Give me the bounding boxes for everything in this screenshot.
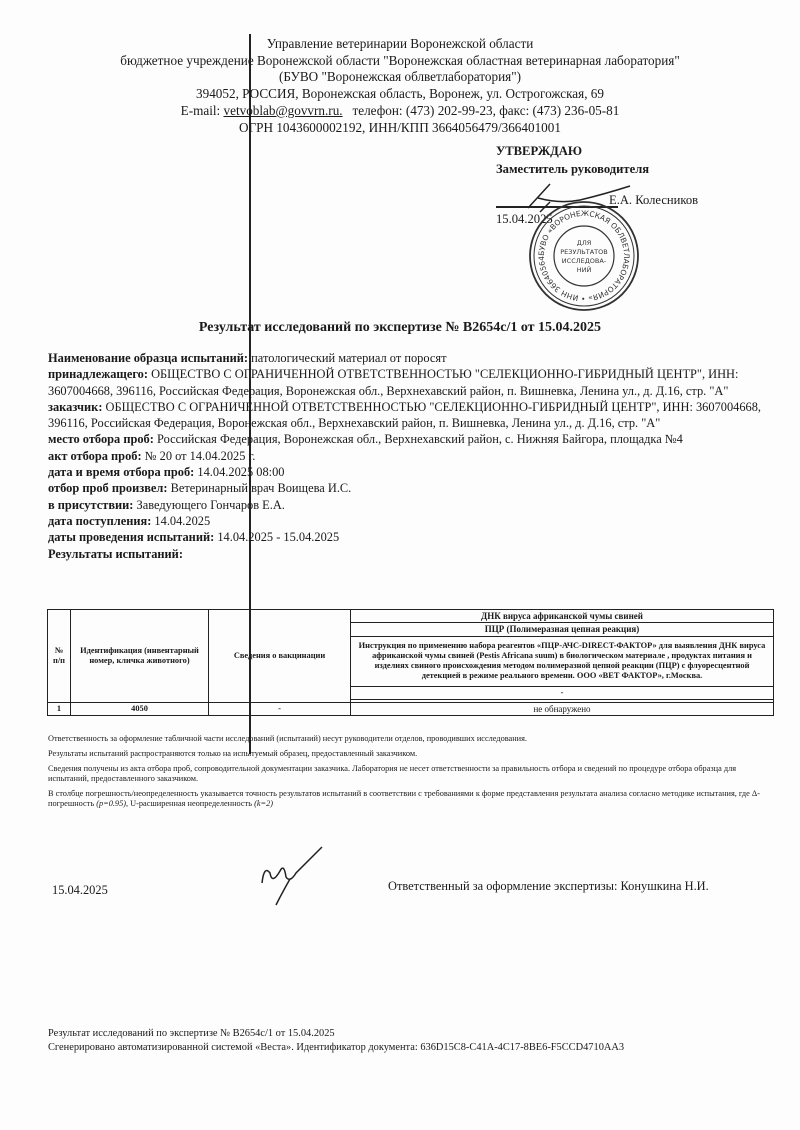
responsible-name: Конушкина Н.И. — [621, 879, 709, 893]
field-sampled-by: отбор проб произвел: Ветеринарный врач В… — [48, 480, 773, 496]
header-short-name: (БУВО "Воронежская облветлаборатория") — [60, 69, 740, 86]
row-vaccination: - — [209, 703, 351, 716]
test-instruction: Инструкция по применению набора реагенто… — [351, 636, 774, 686]
email-label: E-mail: — [181, 103, 221, 118]
note-responsibility: Ответственность за оформление табличной … — [48, 734, 778, 744]
row-number: 1 — [48, 703, 71, 716]
signoff-date: 15.04.2025 — [52, 883, 108, 898]
svg-text:РЕЗУЛЬТАТОВ: РЕЗУЛЬТАТОВ — [560, 248, 607, 256]
header-registration: ОГРН 1043600002192, ИНН/КПП 3664056479/3… — [60, 120, 740, 137]
field-customer: заказчик: ОБЩЕСТВО С ОГРАНИЧЕННОЙ ОТВЕТС… — [48, 399, 773, 432]
lab-header: Управление ветеринарии Воронежской облас… — [60, 36, 740, 136]
footer-reference: Результат исследований по экспертизе № B… — [48, 1027, 624, 1041]
note-scope: Результаты испытаний распространяются то… — [48, 749, 778, 759]
field-test-dates: даты проведения испытаний: 14.04.2025 - … — [48, 529, 773, 545]
test-norm: - — [351, 686, 774, 699]
official-stamp-icon: БУВО «ВОРОНЕЖСКАЯ ОБЛВЕТЛАБОРАТОРИЯ» • И… — [528, 200, 640, 312]
field-owner: принадлежащего: ОБЩЕСТВО С ОГРАНИЧЕННОЙ … — [48, 366, 773, 399]
row-result: не обнаружено — [351, 703, 774, 716]
note-source: Сведения получены из акта отбора проб, с… — [48, 764, 778, 784]
document-footer: Результат исследований по экспертизе № B… — [48, 1027, 624, 1055]
field-sampling-datetime: дата и время отбора проб: 14.04.2025 08:… — [48, 464, 773, 480]
responsible-signature-icon — [250, 843, 330, 908]
header-contacts: E-mail: vetvoblab@govvrn.ru. телефон: (4… — [60, 103, 740, 120]
field-received-date: дата поступления: 14.04.2025 — [48, 513, 773, 529]
approval-block: УТВЕРЖДАЮ Заместитель руководителя Е.А. … — [496, 142, 649, 178]
col-header-vaccination: Сведения о вакцинации — [209, 610, 351, 703]
table-header-row: № п/п Идентификация (инвентарный номер, … — [48, 610, 774, 623]
field-sampling-place: место отбора проб: Российская Федерация,… — [48, 431, 773, 447]
header-ministry: Управление ветеринарии Воронежской облас… — [60, 36, 740, 53]
test-method: ПЦР (Полимеразная цепная реакция) — [351, 623, 774, 636]
svg-text:ИССЛЕДОВА-: ИССЛЕДОВА- — [562, 257, 607, 265]
field-sampling-act: акт отбора проб: № 20 от 14.04.2025 г. — [48, 448, 773, 464]
note-uncertainty: В столбце погрешность/неопределенность у… — [48, 789, 778, 809]
field-witness: в присутствии: Заведующего Гончаров Е.А. — [48, 497, 773, 513]
field-sample-name: Наименование образца испытаний: патологи… — [48, 350, 773, 366]
results-table: № п/п Идентификация (инвентарный номер, … — [47, 609, 774, 716]
col-header-identification: Идентификация (инвентарный номер, кличка… — [71, 610, 209, 703]
header-address: 394052, РОССИЯ, Воронежская область, Вор… — [60, 86, 740, 103]
phones: телефон: (473) 202-99-23, факс: (473) 23… — [352, 103, 619, 118]
footer-document-id: Сгенерировано автоматизированной системо… — [48, 1041, 624, 1055]
notes-section: Ответственность за оформление табличной … — [48, 734, 778, 814]
email-link[interactable]: vetvoblab@govvrn.ru. — [224, 103, 343, 118]
row-identification: 4050 — [71, 703, 209, 716]
col-header-number: № п/п — [48, 610, 71, 703]
document-title: Результат исследований по экспертизе № B… — [0, 320, 800, 336]
svg-text:НИЙ: НИЙ — [577, 265, 592, 274]
test-target: ДНК вируса африканской чумы свиней — [351, 610, 774, 623]
svg-text:ДЛЯ: ДЛЯ — [577, 239, 591, 247]
approval-position: Заместитель руководителя — [496, 160, 649, 178]
responsible-label: Ответственный за оформление экспертизы: — [388, 879, 617, 893]
sample-details: Наименование образца испытаний: патологи… — [48, 350, 773, 562]
responsible-person: Ответственный за оформление экспертизы: … — [388, 879, 709, 894]
approval-title: УТВЕРЖДАЮ — [496, 142, 649, 160]
field-results-heading: Результаты испытаний: — [48, 546, 773, 562]
header-institution: бюджетное учреждение Воронежской области… — [60, 53, 740, 70]
table-row: 1 4050 - не обнаружено — [48, 703, 774, 716]
